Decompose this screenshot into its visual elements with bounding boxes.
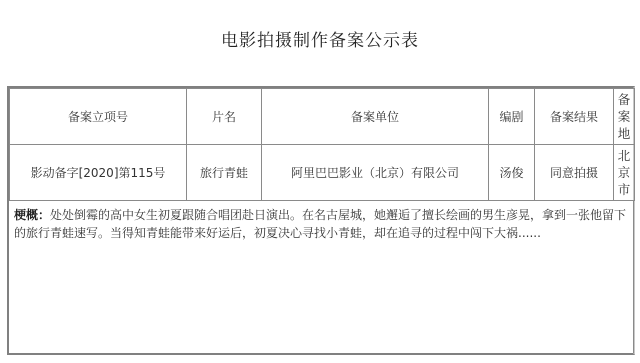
header-result: 备案结果: [535, 89, 614, 145]
cell-screenwriter: 汤俊: [489, 145, 535, 201]
synopsis-section: 梗概：处处倒霉的高中女生初夏跟随合唱团赴日演出。在名古屋城，她邂逅了擅长绘画的男…: [9, 200, 634, 353]
filing-table: 备案立项号 片名 备案单位 编剧 备案结果 备 案 地 影动备字[2020]第1…: [9, 88, 635, 201]
cell-filing-company: 阿里巴巴影业（北京）有限公司: [262, 145, 489, 201]
page-title: 电影拍摄制作备案公示表: [0, 26, 640, 51]
cell-film-title: 旅行青蛙: [187, 145, 262, 201]
header-filing-company: 备案单位: [262, 89, 489, 145]
synopsis-text: 处处倒霉的高中女生初夏跟随合唱团赴日演出。在名古屋城，她邂逅了擅长绘画的男生彦晃…: [14, 208, 626, 240]
table-row: 影动备字[2020]第115号 旅行青蛙 阿里巴巴影业（北京）有限公司 汤俊 同…: [10, 145, 635, 201]
header-location: 备 案 地: [614, 89, 635, 145]
header-screenwriter: 编剧: [489, 89, 535, 145]
cell-location: 北 京 市: [614, 145, 635, 201]
table-header-row: 备案立项号 片名 备案单位 编剧 备案结果 备 案 地: [10, 89, 635, 145]
header-filing-number: 备案立项号: [10, 89, 187, 145]
cell-filing-number: 影动备字[2020]第115号: [10, 145, 187, 201]
cell-result: 同意拍摄: [535, 145, 614, 201]
header-film-title: 片名: [187, 89, 262, 145]
synopsis-label: 梗概：: [14, 208, 50, 222]
